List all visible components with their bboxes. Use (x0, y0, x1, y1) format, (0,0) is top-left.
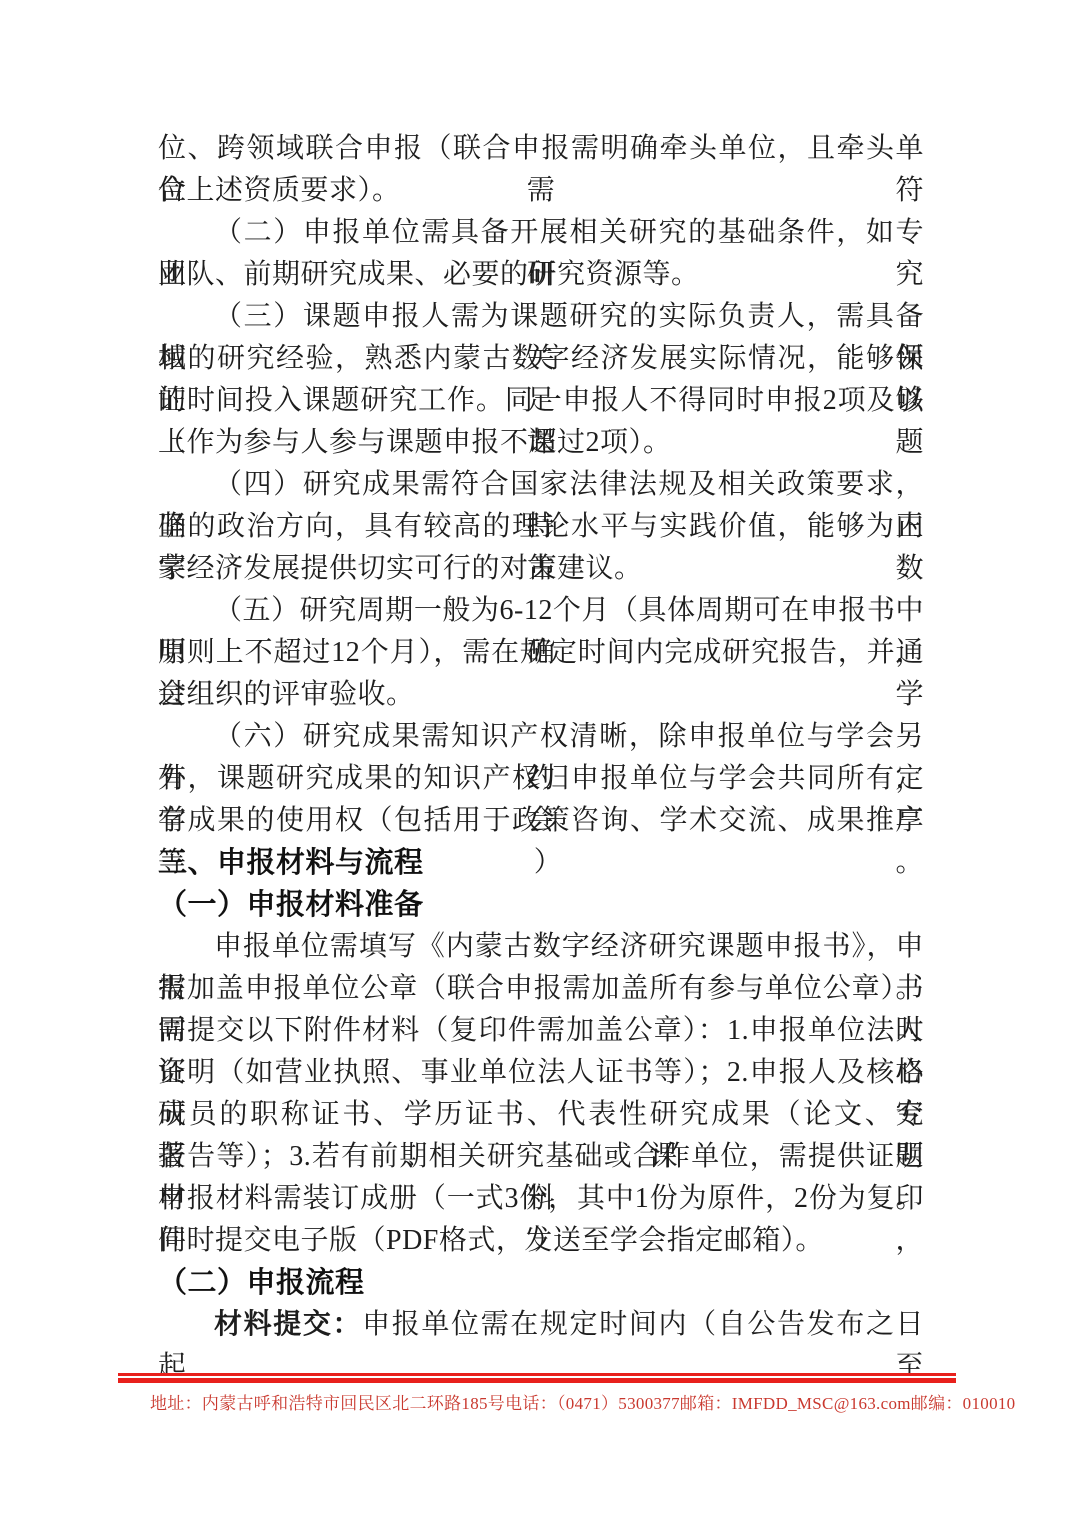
body-line: 需提交以下附件材料（复印件需加盖公章）：1.申报单位法人资格 (158, 1010, 924, 1052)
body-line: 申报材料需装订成册（一式3份，其中1份为原件，2份为复印件）， (158, 1178, 924, 1220)
body-line: （五）研究周期一般为6-12个月（具体周期可在申报书中明确， (158, 590, 924, 632)
body-line: 成员的职称证书、学历证书、代表性研究成果（论文、专著、课题 (158, 1094, 924, 1136)
body-line: 确的政治方向，具有较高的理论水平与实践价值，能够为内蒙古数 (158, 506, 924, 548)
subsection-heading: （二）申报流程 (158, 1262, 924, 1304)
body-line: （二）申报单位需具备开展相关研究的基础条件，如专业研究 (158, 212, 924, 254)
body-line: 的时间投入课题研究工作。同一申报人不得同时申报2项及以上课题 (158, 380, 924, 422)
body-line: 申报单位需填写《内蒙古数字经济研究课题申报书》，申报书 (158, 926, 924, 968)
body-line: （六）研究成果需知识产权清晰，除申报单位与学会另有约定 (158, 716, 924, 758)
paragraph-lead-label: 材料提交： (214, 1309, 362, 1340)
body-line: 材料提交：申报单位需在规定时间内（自公告发布之日起至 (158, 1304, 924, 1346)
body-line: 原则上不超过12个月），需在规定时间内完成研究报告，并通过学 (158, 632, 924, 674)
body-line: （四）研究成果需符合国家法律法规及相关政策要求，坚持正 (158, 464, 924, 506)
body-line: 证明（如营业执照、事业单位法人证书等）；2.申报人及核心研究 (158, 1052, 924, 1094)
body-line: 需加盖申报单位公章（联合申报需加盖所有参与单位公章）。同时 (158, 968, 924, 1010)
body-line: （三）课题申报人需为课题研究的实际负责人，需具备相关领 (158, 296, 924, 338)
body-line: 报告等）；3.若有前期相关研究基础或合作单位，需提供证明材料。 (158, 1136, 924, 1178)
body-line: 位、跨领域联合申报（联合申报需明确牵头单位，且牵头单位需符 (158, 128, 924, 170)
footer-rule-thick (118, 1378, 956, 1383)
body-line: 域的研究经验，熟悉内蒙古数字经济发展实际情况，能够保证足够 (158, 338, 924, 380)
document-page: 位、跨领域联合申报（联合申报需明确牵头单位，且牵头单位需符 合上述资质要求）。 … (0, 0, 1080, 1526)
body-line: 外，课题研究成果的知识产权归申报单位与学会共同所有，学会享 (158, 758, 924, 800)
footer-separator-line (118, 1373, 956, 1383)
footer-contact-info: 地址：内蒙古呼和浩特市回民区北二环路185号电话：（0471）5300377邮箱… (150, 1392, 930, 1416)
body-line: 有成果的使用权（包括用于政策咨询、学术交流、成果推广等）。 (158, 800, 924, 842)
subsection-heading: （一）申报材料准备 (158, 884, 924, 926)
body-line: 同时提交电子版（PDF格式，发送至学会指定邮箱）。 (158, 1220, 924, 1262)
document-body: 位、跨领域联合申报（联合申报需明确牵头单位，且牵头单位需符 合上述资质要求）。 … (158, 128, 924, 1346)
